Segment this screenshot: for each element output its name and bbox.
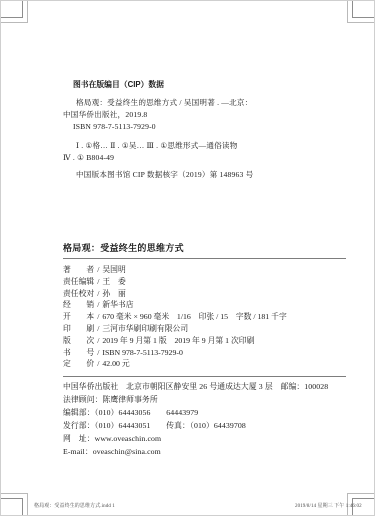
publisher-address-line: 中国华侨出版社 北京市朝阳区静安里 26 号通成达大厦 3 层 邮编：10002… bbox=[63, 381, 328, 394]
row-value: 新华书店 bbox=[102, 299, 133, 311]
book-copyright-page: 图书在版编目（CIP）数据 格局观：受益终生的思维方式 / 吴国明著 . —北京… bbox=[0, 0, 375, 516]
publisher-editorial-phone-line: 编辑部：（010）64443056 64443979 bbox=[63, 407, 328, 420]
publisher-email-line: E-mail：oveaschin@sina.com bbox=[63, 446, 328, 459]
publisher-website-line: 网 址：www.oveaschin.com bbox=[63, 433, 328, 446]
row-label: 著 者 bbox=[63, 264, 94, 276]
row-separator: / bbox=[97, 276, 99, 288]
cip-classification-line1: Ⅰ . ①格… Ⅱ . ①吴… Ⅲ . ①思维形式—通俗读物 bbox=[76, 140, 238, 152]
row-separator: / bbox=[97, 335, 99, 347]
row-separator: / bbox=[97, 299, 99, 311]
publisher-legal-line: 法律顾问：陈鹰律师事务所 bbox=[63, 394, 328, 407]
row-label: 经 销 bbox=[63, 299, 94, 311]
row-separator: / bbox=[97, 264, 99, 276]
row-value: 孙 丽 bbox=[102, 288, 125, 300]
colophon-row-editor: 责任编辑 / 王 委 bbox=[63, 276, 363, 288]
cip-description-line2: 中国华侨出版社，2019.8 bbox=[63, 109, 147, 121]
crop-mark-top-left-outer bbox=[1, 1, 28, 23]
row-value: ISBN 978-7-5113-7929-0 bbox=[102, 347, 183, 359]
row-value: 42.00 元 bbox=[102, 358, 129, 370]
colophon-row-price: 定 价 / 42.00 元 bbox=[63, 358, 363, 370]
crop-mark-bottom-left-icon bbox=[1, 498, 23, 515]
crop-mark-top-left-icon bbox=[1, 1, 23, 18]
colophon-row-distribution: 经 销 / 新华书店 bbox=[63, 299, 363, 311]
footer-filename: 格局观：受益终生的思维方式.indd 1 bbox=[34, 502, 115, 509]
crop-mark-top-right-outer bbox=[347, 1, 374, 23]
row-value: 670 毫米 × 960 毫米 1/16 印张 / 15 字数 / 181 千字 bbox=[102, 311, 286, 323]
crop-mark-bottom-left-outer bbox=[1, 493, 28, 515]
publisher-divider bbox=[63, 376, 346, 377]
row-value: 2019 年 9 月第 1 版 2019 年 9 月第 1 次印刷 bbox=[102, 335, 254, 347]
row-separator: / bbox=[97, 347, 99, 359]
row-value: 三河市华刷印刷有限公司 bbox=[102, 323, 188, 335]
colophon-row-author: 著 者 / 吴国明 bbox=[63, 264, 363, 276]
cip-block-header: 图书在版编目（CIP）数据 bbox=[73, 79, 164, 90]
row-label: 书 号 bbox=[63, 347, 94, 359]
row-label: 版 次 bbox=[63, 335, 94, 347]
row-label: 开 本 bbox=[63, 311, 94, 323]
publisher-contact-block: 中国华侨出版社 北京市朝阳区静安里 26 号通成达大厦 3 层 邮编：10002… bbox=[63, 381, 328, 458]
cip-description-line1: 格局观：受益终生的思维方式 / 吴国明著 . —北京： bbox=[76, 97, 252, 109]
page-title: 格局观：受益终生的思维方式 bbox=[63, 241, 184, 254]
colophon-row-proofreader: 责任校对 / 孙 丽 bbox=[63, 288, 363, 300]
row-separator: / bbox=[97, 288, 99, 300]
colophon-row-format: 开 本 / 670 毫米 × 960 毫米 1/16 印张 / 15 字数 / … bbox=[63, 311, 363, 323]
publisher-distribution-phone-line: 发行部：（010）64443051 传真：（010）64439708 bbox=[63, 420, 328, 433]
row-label: 责任校对 bbox=[63, 288, 94, 300]
footer-timestamp: 2019/8/14 星期三 下午 1:46:02 bbox=[295, 502, 362, 509]
colophon-row-printer: 印 刷 / 三河市华刷印刷有限公司 bbox=[63, 323, 363, 335]
colophon-rows: 著 者 / 吴国明 责任编辑 / 王 委 责任校对 / 孙 丽 经 销 / 新华… bbox=[63, 264, 363, 370]
row-value: 王 委 bbox=[102, 276, 125, 288]
cip-classification-line2: Ⅳ . ① B804-49 bbox=[63, 152, 114, 164]
colophon-row-isbn: 书 号 / ISBN 978-7-5113-7929-0 bbox=[63, 347, 363, 359]
cip-isbn-line: ISBN 978-7-5113-7929-0 bbox=[73, 121, 156, 133]
row-separator: / bbox=[97, 358, 99, 370]
cip-record-number-line: 中国版本图书馆 CIP 数据核字（2019）第 148963 号 bbox=[76, 169, 253, 181]
row-label: 责任编辑 bbox=[63, 276, 94, 288]
colophon-row-edition: 版 次 / 2019 年 9 月第 1 版 2019 年 9 月第 1 次印刷 bbox=[63, 335, 363, 347]
title-divider bbox=[63, 258, 346, 259]
crop-mark-top-right-icon bbox=[352, 1, 374, 18]
row-separator: / bbox=[97, 323, 99, 335]
row-label: 定 价 bbox=[63, 358, 94, 370]
row-value: 吴国明 bbox=[102, 264, 125, 276]
row-label: 印 刷 bbox=[63, 323, 94, 335]
row-separator: / bbox=[97, 311, 99, 323]
